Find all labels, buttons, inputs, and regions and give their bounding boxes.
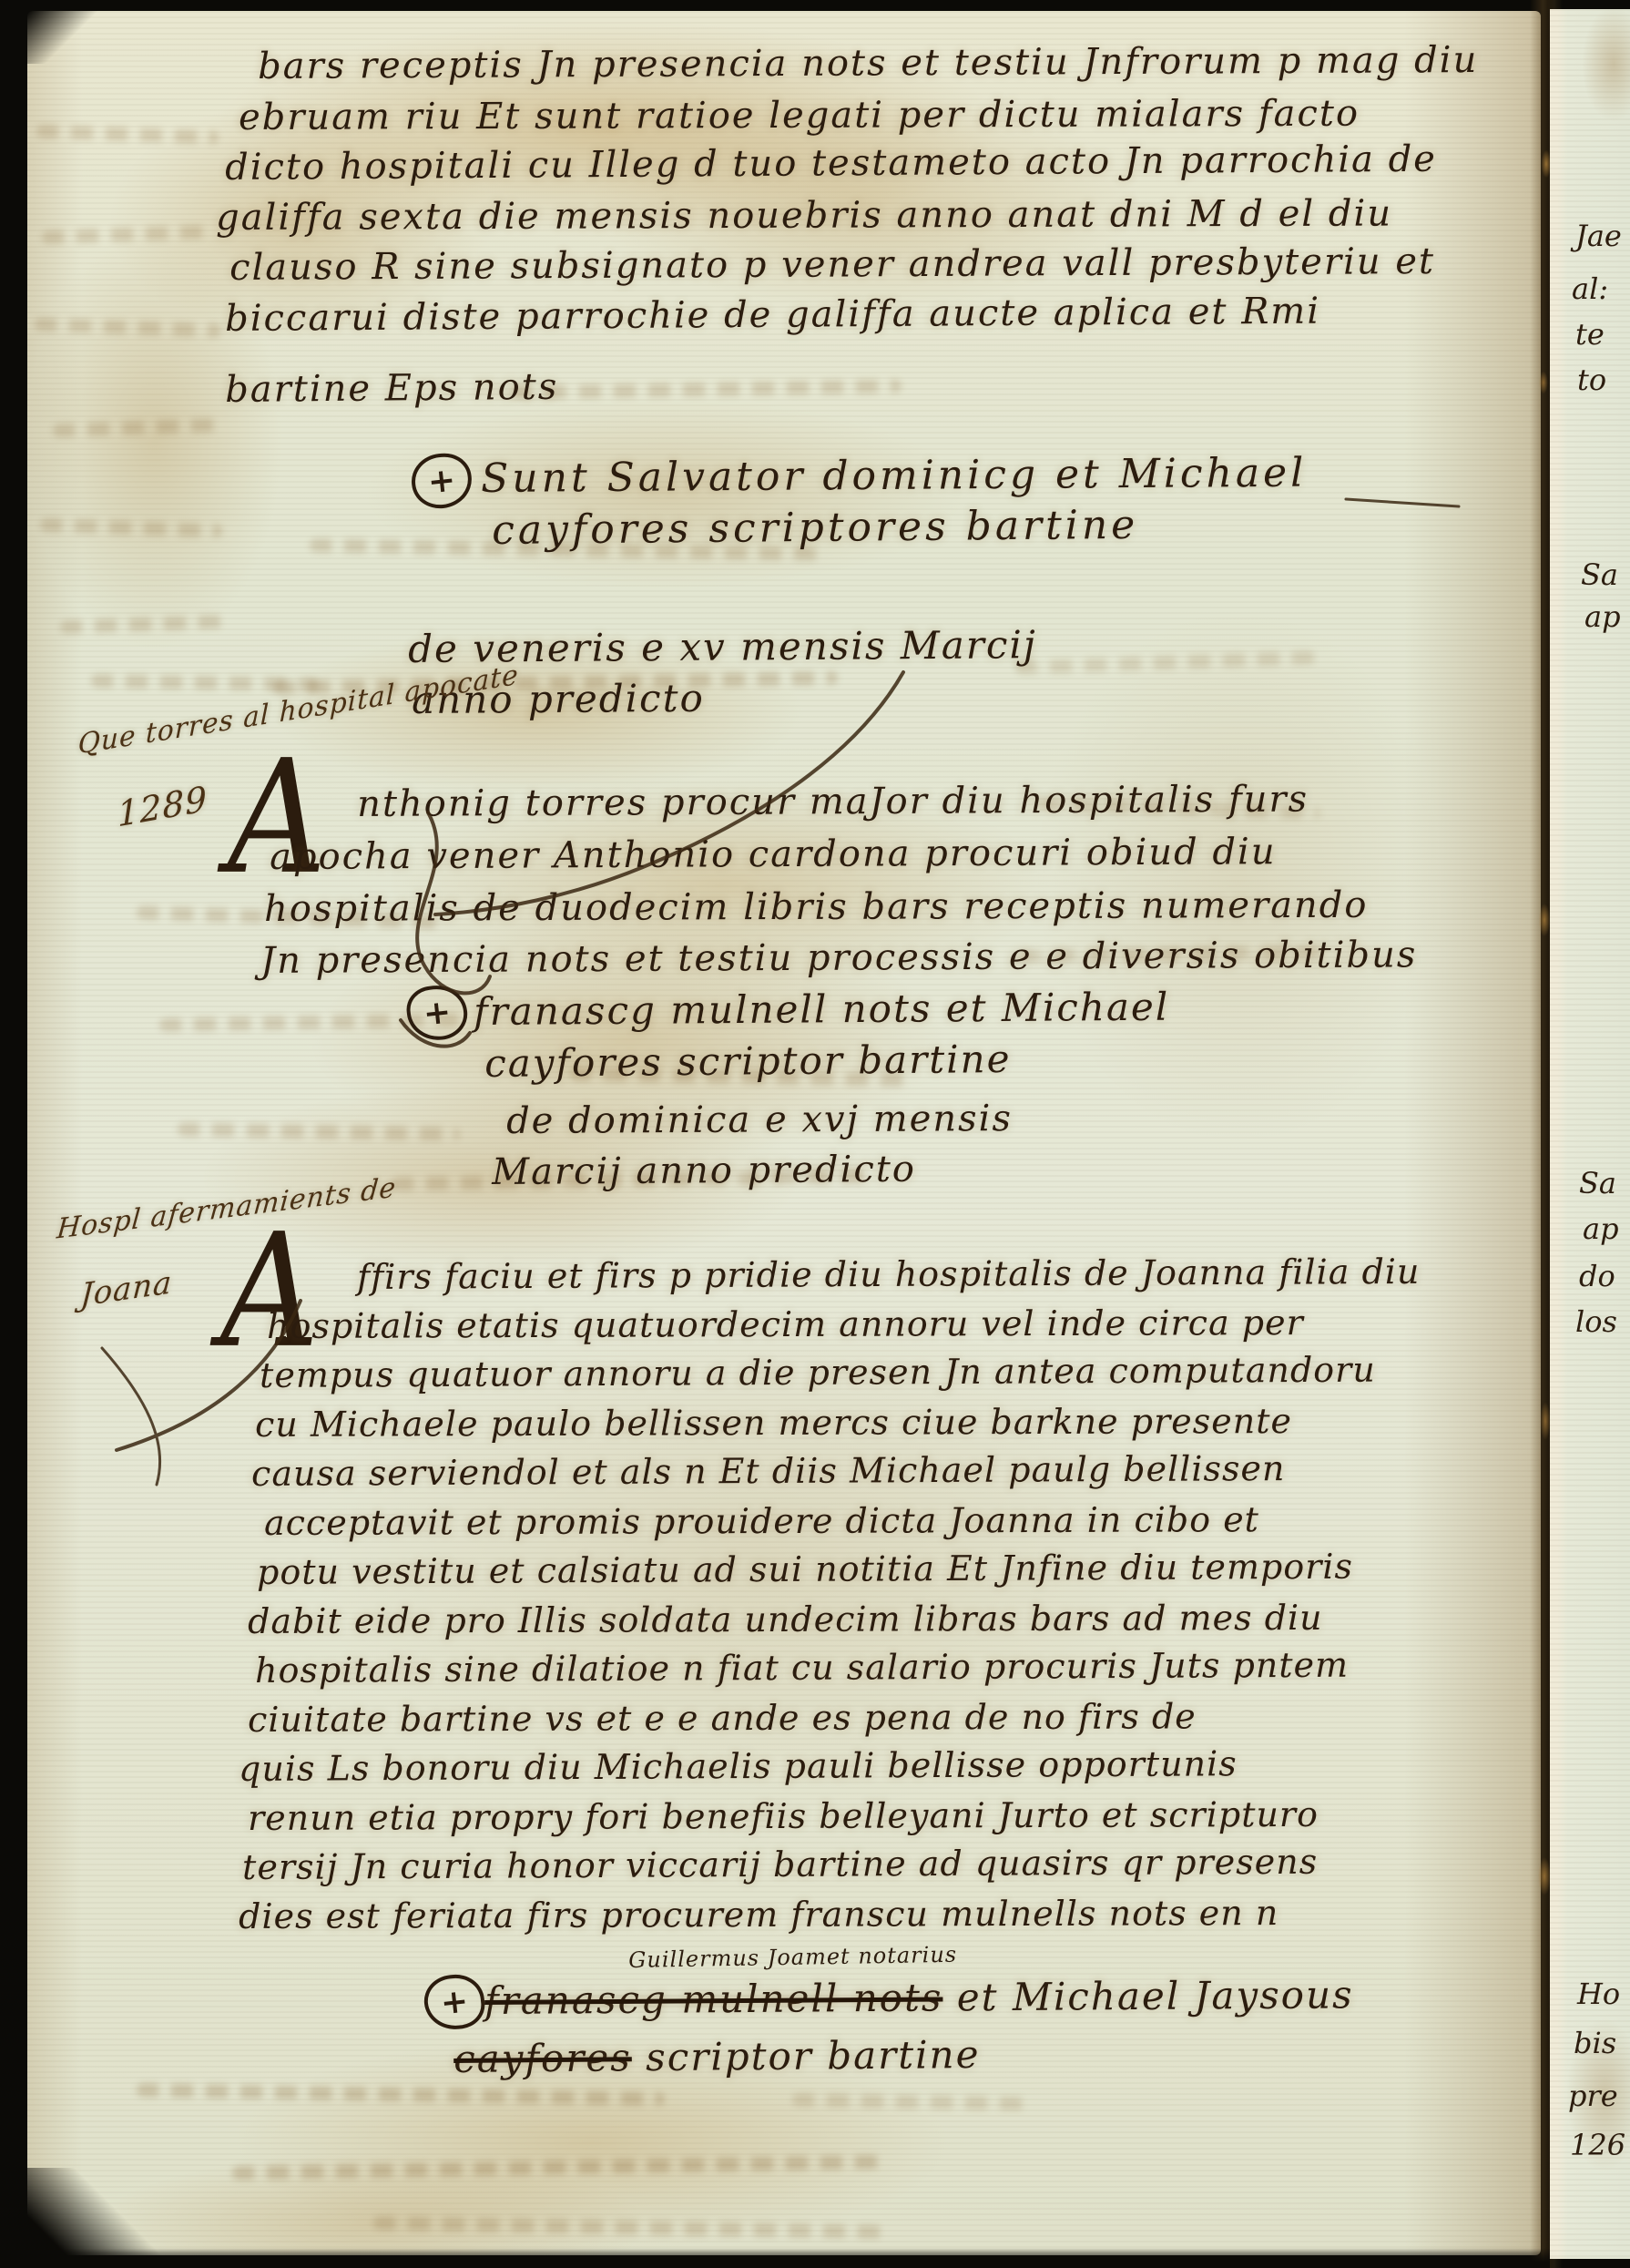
- manuscript-line: dabit eide pro Illis soldata undecim lib…: [248, 1598, 1323, 1641]
- facing-page-fragment: te: [1575, 317, 1605, 352]
- manuscript-line: ciuitate bartine vs et e e ande es pena …: [248, 1696, 1197, 1740]
- attestation-line: cayfores scriptor bartine: [453, 2032, 981, 2081]
- attestation-text: scriptor bartine: [632, 2032, 981, 2079]
- facing-page-fragment: bis: [1574, 2026, 1616, 2060]
- manuscript-line: hospitalis de duodecim libris bars recep…: [264, 884, 1369, 930]
- facing-page-fragment: 126: [1570, 2128, 1625, 2162]
- attestation-line: franascg mulnell nots et Michael Jaysous: [484, 1972, 1354, 2023]
- facing-page-fragment: Jae: [1575, 219, 1622, 253]
- manuscript-line: hospitalis sine dilatioe n fiat cu salar…: [255, 1645, 1349, 1691]
- attestation-text: et Michael Jaysous: [942, 1972, 1354, 2019]
- initial-capital: A: [220, 1213, 319, 1371]
- manuscript-line: hospitalis etatis quatuordecim annoru ve…: [267, 1303, 1304, 1346]
- facing-page-fragment: Ho: [1577, 1977, 1620, 2011]
- dateline: de dominica e xvj mensis: [506, 1098, 1013, 1142]
- manuscript-line: tersij Jn curia honor viccarij bartine a…: [242, 1842, 1318, 1887]
- manuscript-line: dicto hospitali cu Illeg d tuo testameto…: [225, 138, 1437, 189]
- manuscript-line: dies est feriata firs procurem franscu m…: [239, 1893, 1279, 1936]
- strikethrough-text: franascg mulnell nots: [484, 1975, 943, 2023]
- manuscript-line: potu vestitu et calsiatu ad sui notitia …: [257, 1547, 1353, 1592]
- attestation-line: cayfores scriptores bartine: [492, 502, 1138, 554]
- manuscript-line: cu Michaele paulo bellissen mercs ciue b…: [255, 1401, 1292, 1445]
- manuscript-line: quis Ls bonoru diu Michaelis pauli belli…: [239, 1743, 1238, 1789]
- manuscript-line: bars receptis Jn presencia nots et testi…: [258, 39, 1478, 87]
- manuscript-line: causa serviendol et als n Et diis Michae…: [251, 1448, 1286, 1494]
- manuscript-line: clauso R sine subsignato p vener andrea …: [229, 240, 1435, 289]
- facing-page-fragment: ap: [1584, 599, 1621, 634]
- manuscript-line: nthonig torres procur maJor diu hospital…: [357, 779, 1309, 825]
- manuscript-line: acceptavit et promis prouidere dicta Joa…: [264, 1499, 1259, 1543]
- facing-page-fragment: los: [1575, 1304, 1617, 1339]
- attestation-line: Sunt Salvator dominicg et Michael: [481, 450, 1307, 502]
- facing-page-fragment: ap: [1583, 1211, 1619, 1246]
- attestation-line: franascg mulnell nots et Michael: [474, 985, 1169, 1034]
- manuscript-line: bartine Eps nots: [225, 366, 558, 411]
- manuscript-line: galiffa sexta die mensis nouebris anno a…: [216, 192, 1392, 239]
- facing-page-fragment: Sa: [1581, 557, 1618, 592]
- attestation-line: cayfores scriptor bartine: [484, 1037, 1012, 1086]
- scan-edge-shadow: [0, 2248, 1550, 2268]
- manuscript-line: renun etia propry fori benefiis belleyan…: [248, 1794, 1319, 1838]
- manuscript-line: apocha vener Anthonio cardona procuri ob…: [270, 831, 1277, 878]
- strikethrough-text: cayfores: [453, 2035, 632, 2081]
- manuscript-line: ebruam riu Et sunt ratioe legati per dic…: [239, 93, 1360, 138]
- manuscript-line: Jn presencia nots et testiu processis e …: [260, 934, 1417, 982]
- manuscript-line: tempus quatuor annoru a die presen Jn an…: [260, 1350, 1376, 1395]
- facing-page-fragment: Sa: [1579, 1166, 1616, 1200]
- manuscript-line: ffirs faciu et firs p pridie diu hospita…: [357, 1251, 1421, 1297]
- manuscript-scan: bars receptis Jn presencia nots et testi…: [0, 0, 1630, 2268]
- scan-edge-shadow: [0, 0, 118, 64]
- facing-page-fragment: pre: [1568, 2079, 1618, 2113]
- facing-page-fragment: do: [1579, 1259, 1615, 1293]
- dateline: Marcij anno predicto: [492, 1149, 916, 1193]
- manuscript-line: biccarui diste parrochie de galiffa auct…: [225, 291, 1320, 340]
- facing-page-fragment: al:: [1572, 271, 1608, 306]
- facing-page-fragment: to: [1577, 363, 1606, 397]
